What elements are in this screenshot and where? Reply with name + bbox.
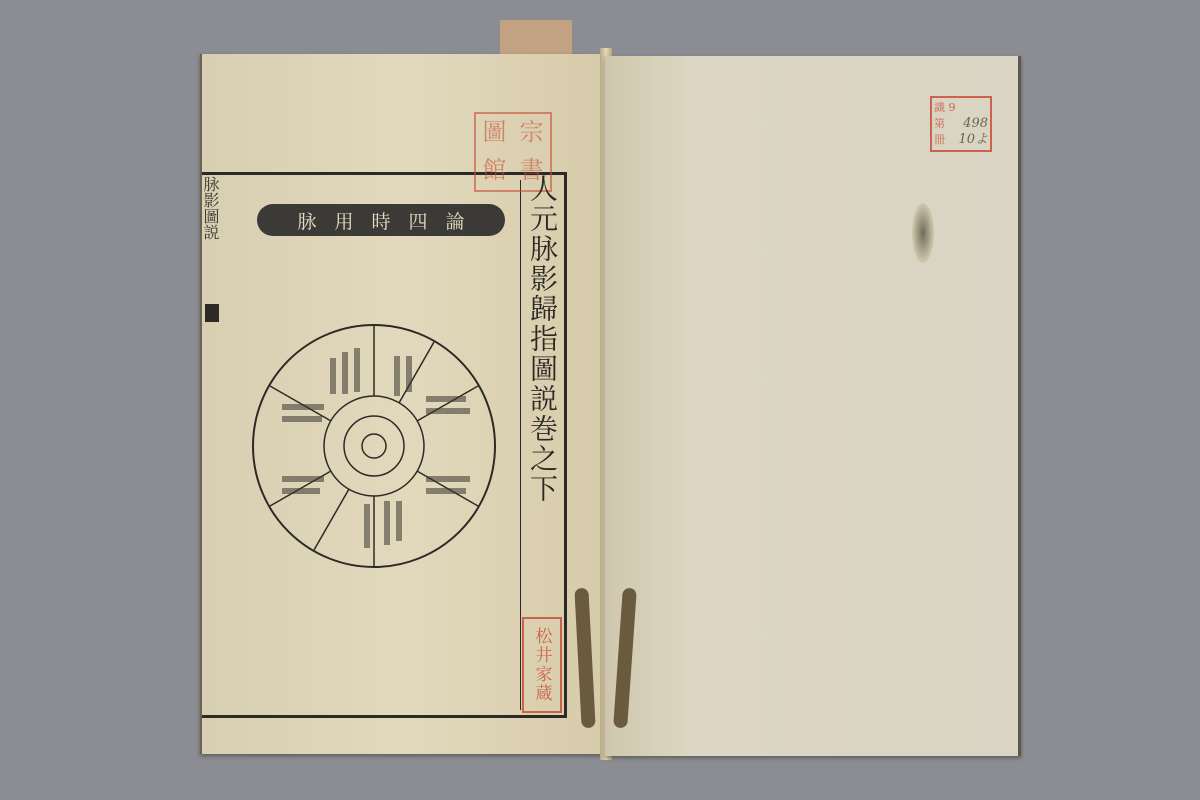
right-page [605, 56, 1021, 756]
section-title: 脉用時四論 [257, 204, 505, 236]
paper-stain [912, 203, 934, 263]
diagram-lines [254, 326, 494, 566]
edge-title: 脉影圖説 [204, 176, 222, 240]
catalog-volume: 10よ [958, 132, 988, 148]
catalog-line1: 識 9 [934, 100, 956, 116]
seal-char: 宗 [513, 114, 550, 152]
seal-char: 圖 [476, 114, 513, 152]
ownership-seal: 松井家蔵 [522, 617, 562, 713]
catalog-label-2: 第 [934, 116, 945, 132]
seal-char: 館 [476, 152, 513, 190]
edge-tab-marker [205, 304, 219, 322]
left-page: 脉影圖説 圖 宗 館 書 脉用時四論 人元脉影歸指圖説巻之下 [200, 54, 607, 754]
book-title: 人元脉影歸指圖説巻之下 [524, 174, 560, 504]
catalog-label-3: 冊 [934, 132, 945, 148]
catalog-seal: 識 9 第 498 冊 10よ [930, 96, 992, 152]
open-book: 脉影圖説 圖 宗 館 書 脉用時四論 人元脉影歸指圖説巻之下 [200, 48, 1020, 760]
frame-divider [520, 180, 521, 710]
four-seasons-pulse-diagram [252, 324, 496, 568]
catalog-number: 498 [963, 116, 988, 132]
